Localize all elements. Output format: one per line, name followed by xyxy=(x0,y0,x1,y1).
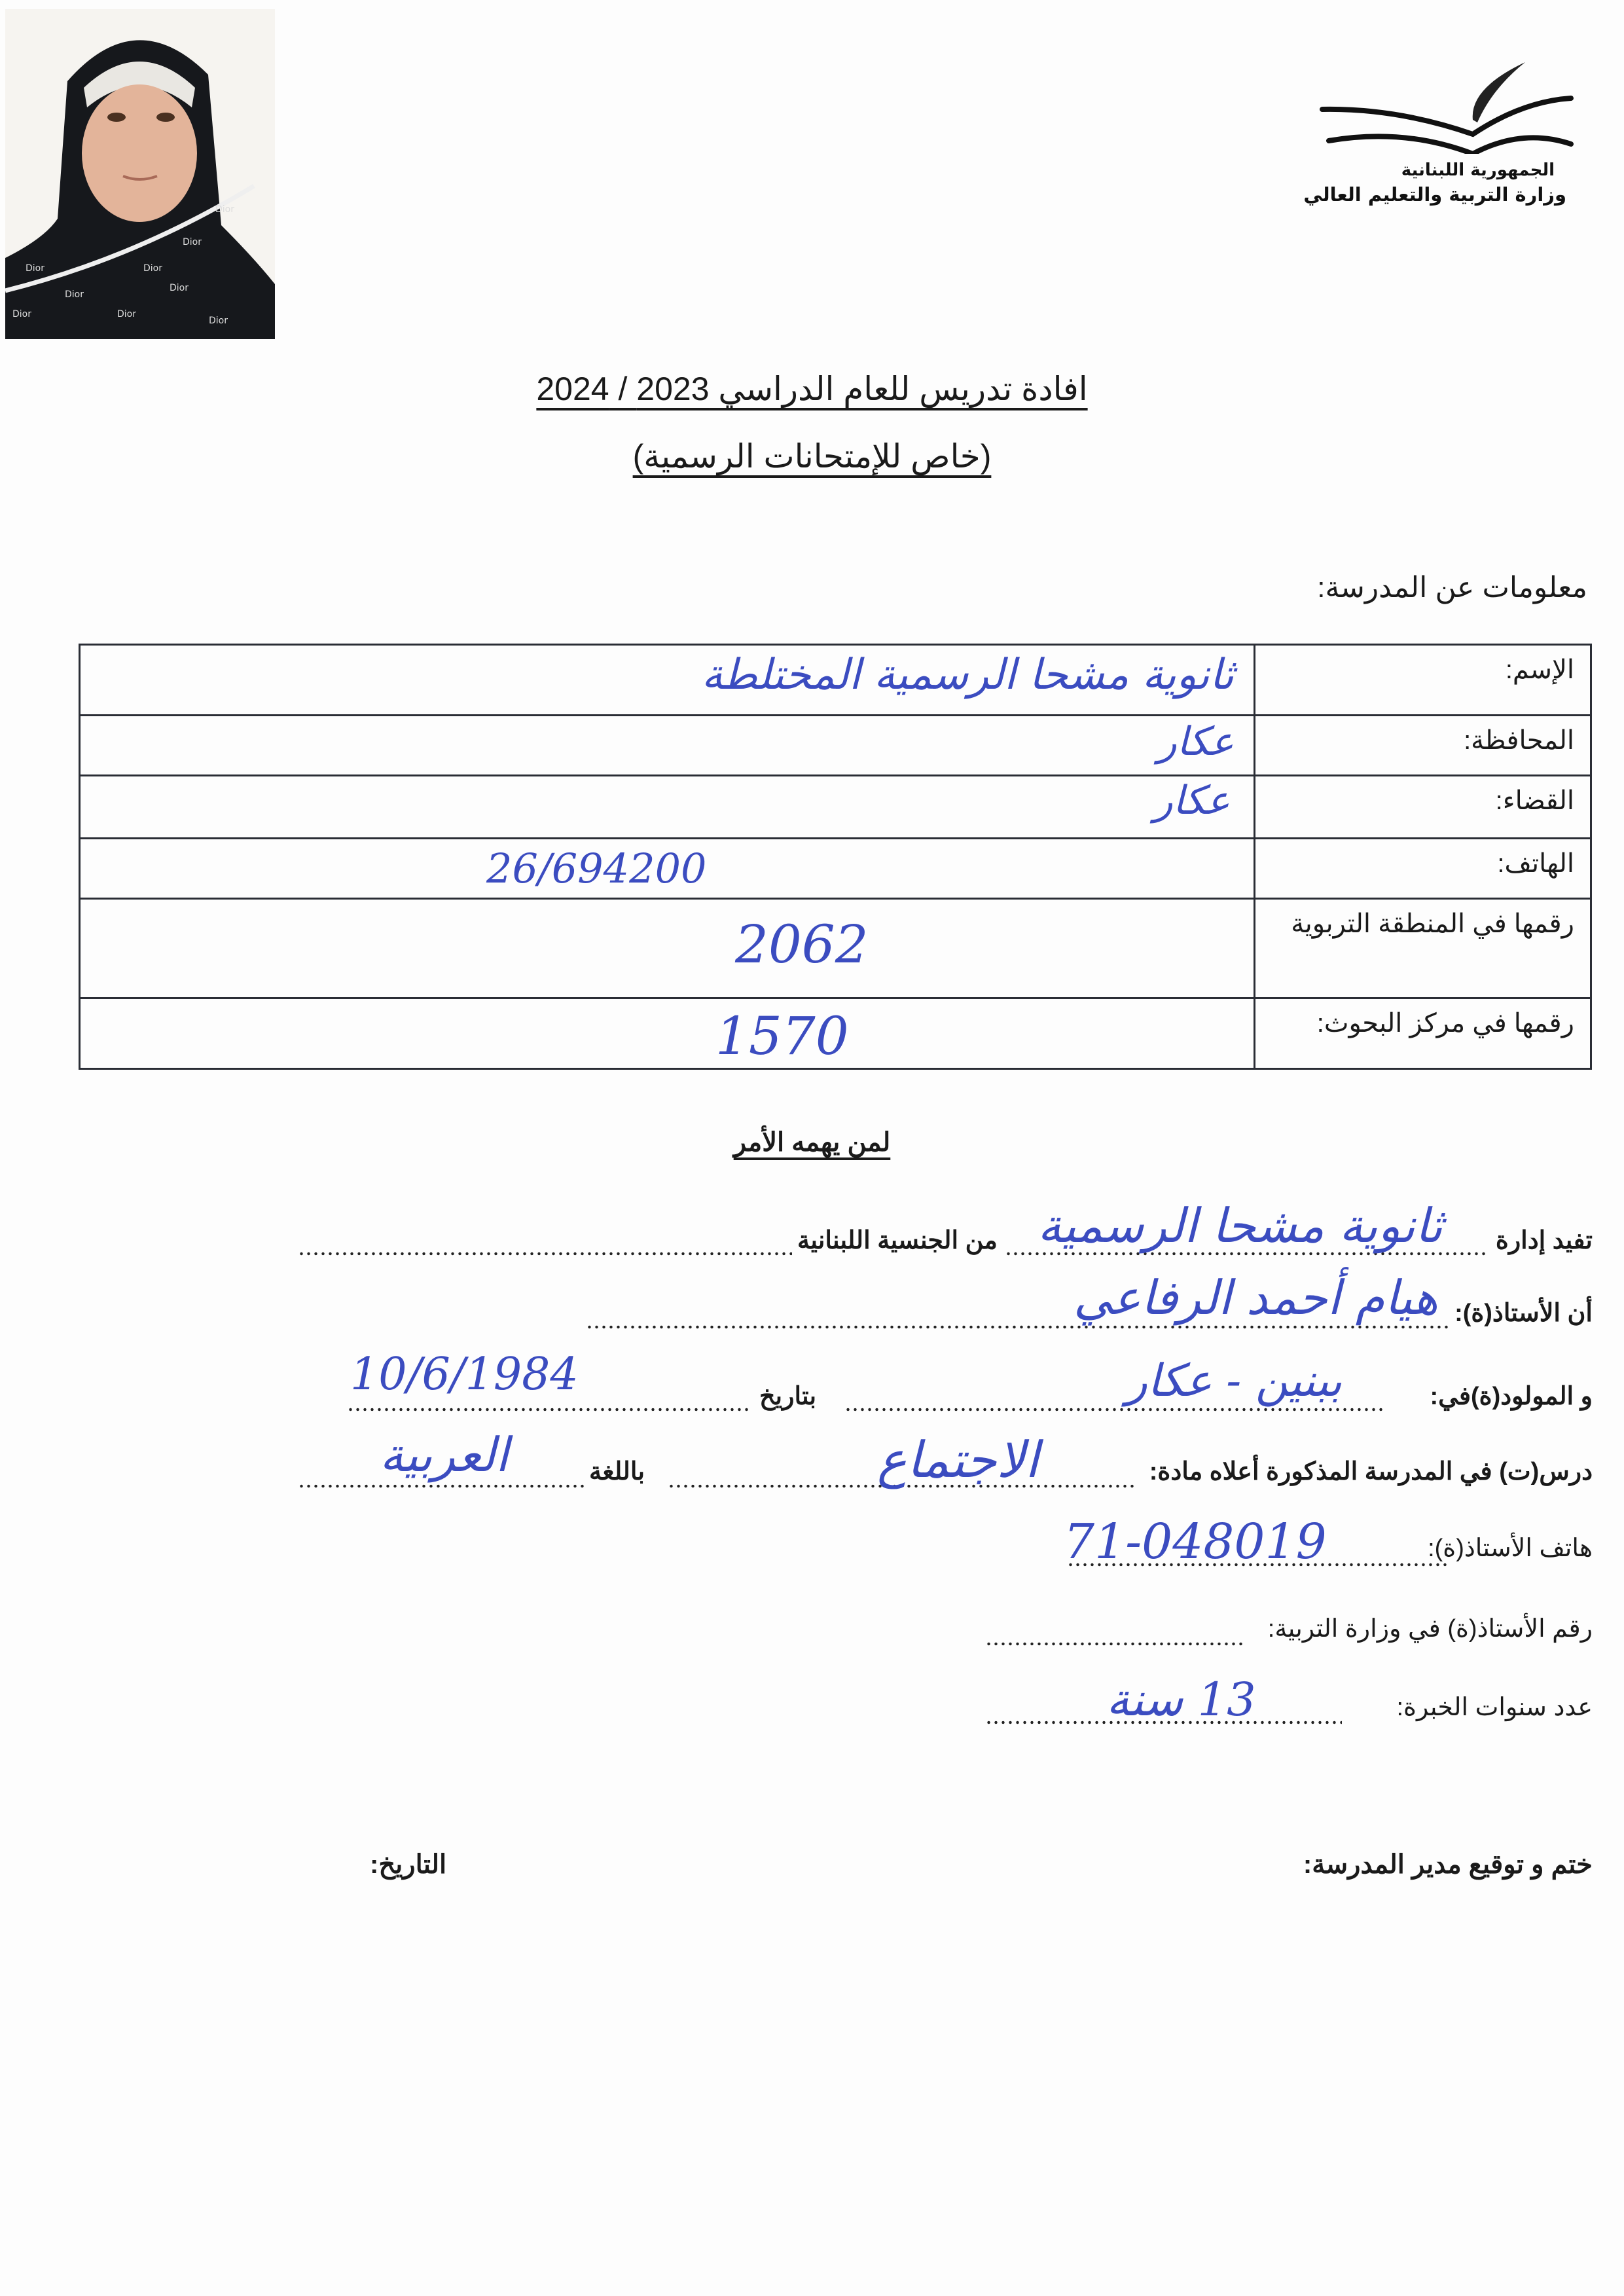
to-whom-heading: لمن يهمه الأمر xyxy=(0,1127,1624,1157)
document-subtitle-text: (خاص للإمتحانات الرسمية) xyxy=(633,438,992,475)
svg-text:Dior: Dior xyxy=(215,204,234,215)
svg-text:Dior: Dior xyxy=(170,283,189,293)
birthplace-value[interactable]: ببنين - عكار xyxy=(1126,1355,1342,1407)
edu-zone-number-label: رقمها في المنطقة التربوية xyxy=(1255,899,1591,998)
school-info-heading: معلومات عن المدرسة: xyxy=(1317,571,1587,604)
district-value: عكار xyxy=(1154,778,1230,824)
to-whom-heading-text: لمن يهمه الأمر xyxy=(734,1128,891,1157)
dotted-line xyxy=(586,1325,1450,1329)
ministry-number-label: رقم الأستاذ(ة) في وزارة التربية: xyxy=(1268,1614,1593,1643)
svg-text:Dior: Dior xyxy=(26,263,45,274)
table-row: القضاء: عكار xyxy=(80,776,1591,839)
dotted-line xyxy=(844,1408,1384,1412)
ministry-logo: الجمهورية اللبنانية وزارة التربية والتعل… xyxy=(1312,62,1574,219)
republic-name: الجمهورية اللبنانية xyxy=(1401,160,1555,180)
language-label: باللغة xyxy=(589,1457,645,1486)
svg-text:Dior: Dior xyxy=(117,309,136,319)
school-info-table: الإسم: ثانوية مشحا الرسمية المختلطة المح… xyxy=(79,644,1592,1070)
governorate-field[interactable]: عكار xyxy=(80,716,1255,776)
school-name-field[interactable]: ثانوية مشحا الرسمية المختلطة xyxy=(80,645,1255,716)
teacher-name-label: أن الأستاذ(ة): xyxy=(1454,1298,1593,1328)
dotted-line xyxy=(298,1252,792,1256)
experience-label: عدد سنوات الخبرة: xyxy=(1397,1692,1593,1722)
birthdate-value[interactable]: 10/6/1984 xyxy=(350,1349,579,1400)
table-row: رقمها في مركز البحوث: 1570 xyxy=(80,998,1591,1069)
governorate-label: المحافظة: xyxy=(1255,716,1591,776)
footer-date-label: التاريخ: xyxy=(370,1850,446,1880)
experience-value[interactable]: 13 سنة xyxy=(1106,1673,1256,1726)
subject-label: درس(ت) في المدرسة المذكورة أعلاه مادة: xyxy=(1149,1457,1593,1486)
research-center-number-value: 1570 xyxy=(715,1006,849,1066)
district-label: القضاء: xyxy=(1255,776,1591,839)
table-row: رقمها في المنطقة التربوية 2062 xyxy=(80,899,1591,998)
ministry-name: وزارة التربية والتعليم العالي xyxy=(1303,183,1566,206)
teacher-name-value[interactable]: هيام أحمد الرفاعي xyxy=(1074,1270,1438,1325)
table-row: الإسم: ثانوية مشحا الرسمية المختلطة xyxy=(80,645,1591,716)
subject-value[interactable]: الاجتماع xyxy=(877,1430,1039,1489)
ministry-number-field[interactable] xyxy=(985,1642,1244,1646)
school-name-value: ثانوية مشحا الرسمية المختلطة xyxy=(702,651,1234,699)
applicant-photo: DiorDiorDior DiorDiorDior DiorDiorDior xyxy=(5,9,275,339)
table-row: الهاتف: 26/694200 xyxy=(80,839,1591,899)
principal-signature-label: ختم و توقيع مدير المدرسة: xyxy=(1303,1850,1593,1880)
teacher-phone-label: هاتف الأستاذ(ة): xyxy=(1428,1533,1593,1563)
administration-label: تفيد إدارة xyxy=(1496,1226,1593,1255)
nationality-label: من الجنسية اللبنانية xyxy=(797,1226,998,1255)
birthdate-label: بتاريخ xyxy=(759,1381,816,1411)
table-row: المحافظة: عكار xyxy=(80,716,1591,776)
svg-text:Dior: Dior xyxy=(143,263,162,274)
svg-text:Dior: Dior xyxy=(209,316,228,326)
phone-value: 26/694200 xyxy=(486,845,706,892)
school-name-label: الإسم: xyxy=(1255,645,1591,716)
dotted-line xyxy=(347,1408,749,1412)
svg-text:Dior: Dior xyxy=(12,309,31,319)
open-book-quill-icon xyxy=(1312,62,1574,154)
phone-field[interactable]: 26/694200 xyxy=(80,839,1255,899)
administration-value[interactable]: ثانوية مشحا الرسمية xyxy=(1038,1198,1443,1253)
svg-text:Dior: Dior xyxy=(183,237,202,247)
document-title: افادة تدريس للعام الدراسي 2023 / 2024 xyxy=(0,370,1624,408)
document-title-text: افادة تدريس للعام الدراسي 2023 / 2024 xyxy=(536,371,1087,407)
applicant-photo-illustration: DiorDiorDior DiorDiorDior DiorDiorDior xyxy=(5,9,275,339)
language-value[interactable]: العربية xyxy=(380,1427,509,1482)
district-field[interactable]: عكار xyxy=(80,776,1255,839)
document-subtitle: (خاص للإمتحانات الرسمية) xyxy=(0,437,1624,475)
edu-zone-number-field[interactable]: 2062 xyxy=(80,899,1255,998)
edu-zone-number-value: 2062 xyxy=(735,914,869,975)
birthplace-label: و المولود(ة)في: xyxy=(1430,1381,1593,1411)
governorate-value: عكار xyxy=(1158,719,1234,765)
svg-text:Dior: Dior xyxy=(65,289,84,300)
phone-label: الهاتف: xyxy=(1255,839,1591,899)
teacher-phone-value[interactable]: 71-048019 xyxy=(1064,1514,1327,1570)
research-center-number-label: رقمها في مركز البحوث: xyxy=(1255,998,1591,1069)
dotted-line xyxy=(298,1484,586,1488)
research-center-number-field[interactable]: 1570 xyxy=(80,998,1255,1069)
